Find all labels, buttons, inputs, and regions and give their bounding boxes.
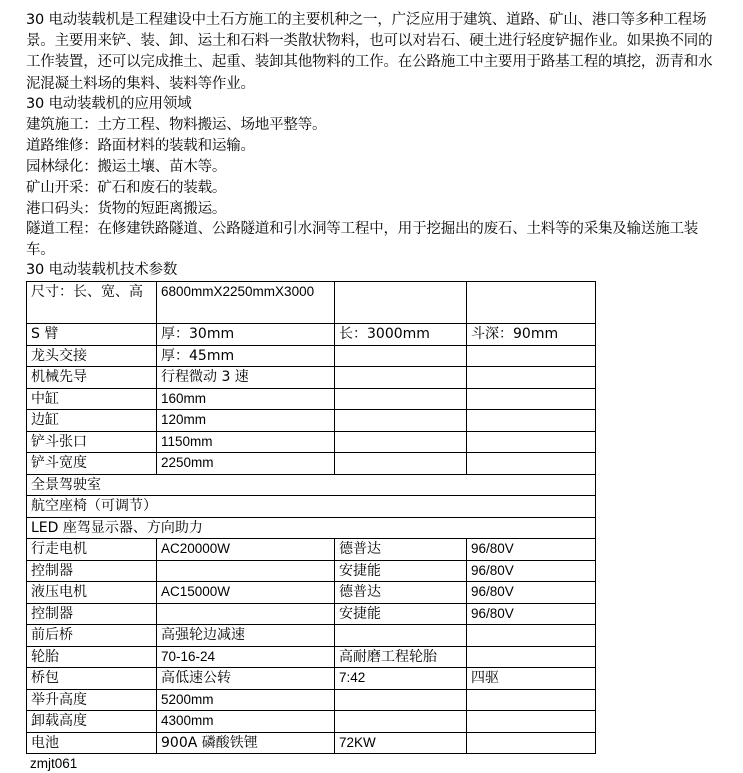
footer-code: zmjt061 — [30, 756, 77, 771]
spec-label: 液压电机 — [27, 582, 157, 604]
spec-label: 前后桥 — [27, 625, 157, 647]
table-row: 轮胎 70-16-24 高耐磨工程轮胎 — [27, 646, 596, 668]
application-item: 建筑施工：土方工程、物料搬运、场地平整等。 — [26, 115, 326, 136]
spec-value: 160mm — [157, 388, 335, 410]
table-row: LED 座驾显示器、方向助力 — [27, 517, 596, 539]
spec-value: 70-16-24 — [157, 646, 335, 668]
table-row: 控制器 安捷能 96/80V — [27, 603, 596, 625]
spec-feature: 航空座椅（可调节） — [27, 496, 596, 518]
spec-value: 7:42 — [335, 668, 467, 690]
table-row: 机械先导 行程微动 3 速 — [27, 367, 596, 389]
spec-value: 德普达 — [335, 582, 467, 604]
spec-value: 96/80V — [467, 539, 596, 561]
spec-value — [335, 431, 467, 453]
intro-paragraph: 30 电动装载机是工程建设中土石方施工的主要机种之一，广泛应用于建筑、道路、矿山… — [26, 10, 716, 95]
spec-value: 厚：45mm — [157, 345, 335, 367]
spec-value: 96/80V — [467, 582, 596, 604]
spec-value — [335, 625, 467, 647]
spec-value — [467, 388, 596, 410]
spec-label: 中缸 — [27, 388, 157, 410]
spec-value — [467, 646, 596, 668]
table-row: 边缸 120mm — [27, 410, 596, 432]
spec-value: 斗深：90mm — [467, 324, 596, 346]
spec-value — [467, 711, 596, 733]
spec-value — [335, 345, 467, 367]
spec-value — [467, 367, 596, 389]
spec-label: 控制器 — [27, 603, 157, 625]
spec-value: 2250mm — [157, 453, 335, 475]
spec-value — [335, 453, 467, 475]
spec-label: 龙头交接 — [27, 345, 157, 367]
spec-value — [467, 282, 596, 324]
spec-table: 尺寸：长、宽、高 6800mmX2250mmX3000 S 臂 厚：30mm 长… — [26, 281, 596, 754]
table-row: S 臂 厚：30mm 长：3000mm 斗深：90mm — [27, 324, 596, 346]
spec-value — [157, 560, 335, 582]
table-row: 铲斗张口 1150mm — [27, 431, 596, 453]
spec-value — [467, 689, 596, 711]
spec-value — [467, 345, 596, 367]
table-row: 举升高度 5200mm — [27, 689, 596, 711]
table-row: 铲斗宽度 2250mm — [27, 453, 596, 475]
spec-value — [467, 410, 596, 432]
spec-value — [335, 282, 467, 324]
table-row: 电池 900A 磷酸铁锂 72KW — [27, 732, 596, 754]
spec-label: 控制器 — [27, 560, 157, 582]
spec-value: 德普达 — [335, 539, 467, 561]
spec-value: 72KW — [335, 732, 467, 754]
spec-value: 高强轮边减速 — [157, 625, 335, 647]
applications-heading: 30 电动装载机的应用领域 — [26, 94, 191, 115]
spec-label: 举升高度 — [27, 689, 157, 711]
spec-value: 高低速公转 — [157, 668, 335, 690]
spec-feature: 全景驾驶室 — [27, 474, 596, 496]
spec-value: 厚：30mm — [157, 324, 335, 346]
spec-value — [335, 367, 467, 389]
table-row: 航空座椅（可调节） — [27, 496, 596, 518]
spec-label: 卸载高度 — [27, 711, 157, 733]
spec-value — [335, 711, 467, 733]
spec-value: 4300mm — [157, 711, 335, 733]
spec-value — [335, 388, 467, 410]
spec-value: 行程微动 3 速 — [157, 367, 335, 389]
spec-value: 安捷能 — [335, 560, 467, 582]
spec-value — [157, 603, 335, 625]
spec-value: 96/80V — [467, 603, 596, 625]
spec-label: 轮胎 — [27, 646, 157, 668]
spec-label: 边缸 — [27, 410, 157, 432]
table-row: 卸载高度 4300mm — [27, 711, 596, 733]
application-item: 矿山开采：矿石和废石的装载。 — [26, 178, 226, 199]
spec-label: 机械先导 — [27, 367, 157, 389]
table-row: 液压电机 AC15000W 德普达 96/80V — [27, 582, 596, 604]
spec-value — [467, 625, 596, 647]
application-item-tunnel: 隧道工程：在修建铁路隧道、公路隧道和引水洞等工程中，用于挖掘出的废石、土料等的采… — [26, 219, 716, 261]
table-row: 控制器 安捷能 96/80V — [27, 560, 596, 582]
table-row: 行走电机 AC20000W 德普达 96/80V — [27, 539, 596, 561]
spec-value: 四驱 — [467, 668, 596, 690]
specs-heading: 30 电动装载机技术参数 — [26, 260, 177, 281]
spec-value: 长：3000mm — [335, 324, 467, 346]
spec-label: 尺寸：长、宽、高 — [27, 282, 157, 324]
spec-feature: LED 座驾显示器、方向助力 — [27, 517, 596, 539]
spec-label: 电池 — [27, 732, 157, 754]
spec-value — [335, 410, 467, 432]
spec-value: 5200mm — [157, 689, 335, 711]
spec-value: 1150mm — [157, 431, 335, 453]
application-item: 港口码头：货物的短距离搬运。 — [26, 199, 226, 220]
spec-value: 6800mmX2250mmX3000 — [157, 282, 335, 324]
spec-value — [467, 431, 596, 453]
table-row: 龙头交接 厚：45mm — [27, 345, 596, 367]
spec-label: 行走电机 — [27, 539, 157, 561]
table-row: 中缸 160mm — [27, 388, 596, 410]
spec-value — [467, 732, 596, 754]
spec-label: 桥包 — [27, 668, 157, 690]
table-row: 桥包 高低速公转 7:42 四驱 — [27, 668, 596, 690]
application-item: 园林绿化：搬运土壤、苗木等。 — [26, 157, 226, 178]
spec-value: AC15000W — [157, 582, 335, 604]
application-item: 道路维修：路面材料的装载和运输。 — [26, 136, 255, 157]
spec-value: 900A 磷酸铁锂 — [157, 732, 335, 754]
spec-value: 安捷能 — [335, 603, 467, 625]
spec-value: AC20000W — [157, 539, 335, 561]
spec-label: 铲斗张口 — [27, 431, 157, 453]
table-row: 全景驾驶室 — [27, 474, 596, 496]
spec-label: S 臂 — [27, 324, 157, 346]
spec-value: 96/80V — [467, 560, 596, 582]
spec-label: 铲斗宽度 — [27, 453, 157, 475]
table-row: 前后桥 高强轮边减速 — [27, 625, 596, 647]
spec-value: 高耐磨工程轮胎 — [335, 646, 467, 668]
spec-value — [467, 453, 596, 475]
spec-value — [335, 689, 467, 711]
spec-value: 120mm — [157, 410, 335, 432]
table-row: 尺寸：长、宽、高 6800mmX2250mmX3000 — [27, 282, 596, 324]
spec-table-body: 尺寸：长、宽、高 6800mmX2250mmX3000 S 臂 厚：30mm 长… — [27, 282, 596, 754]
